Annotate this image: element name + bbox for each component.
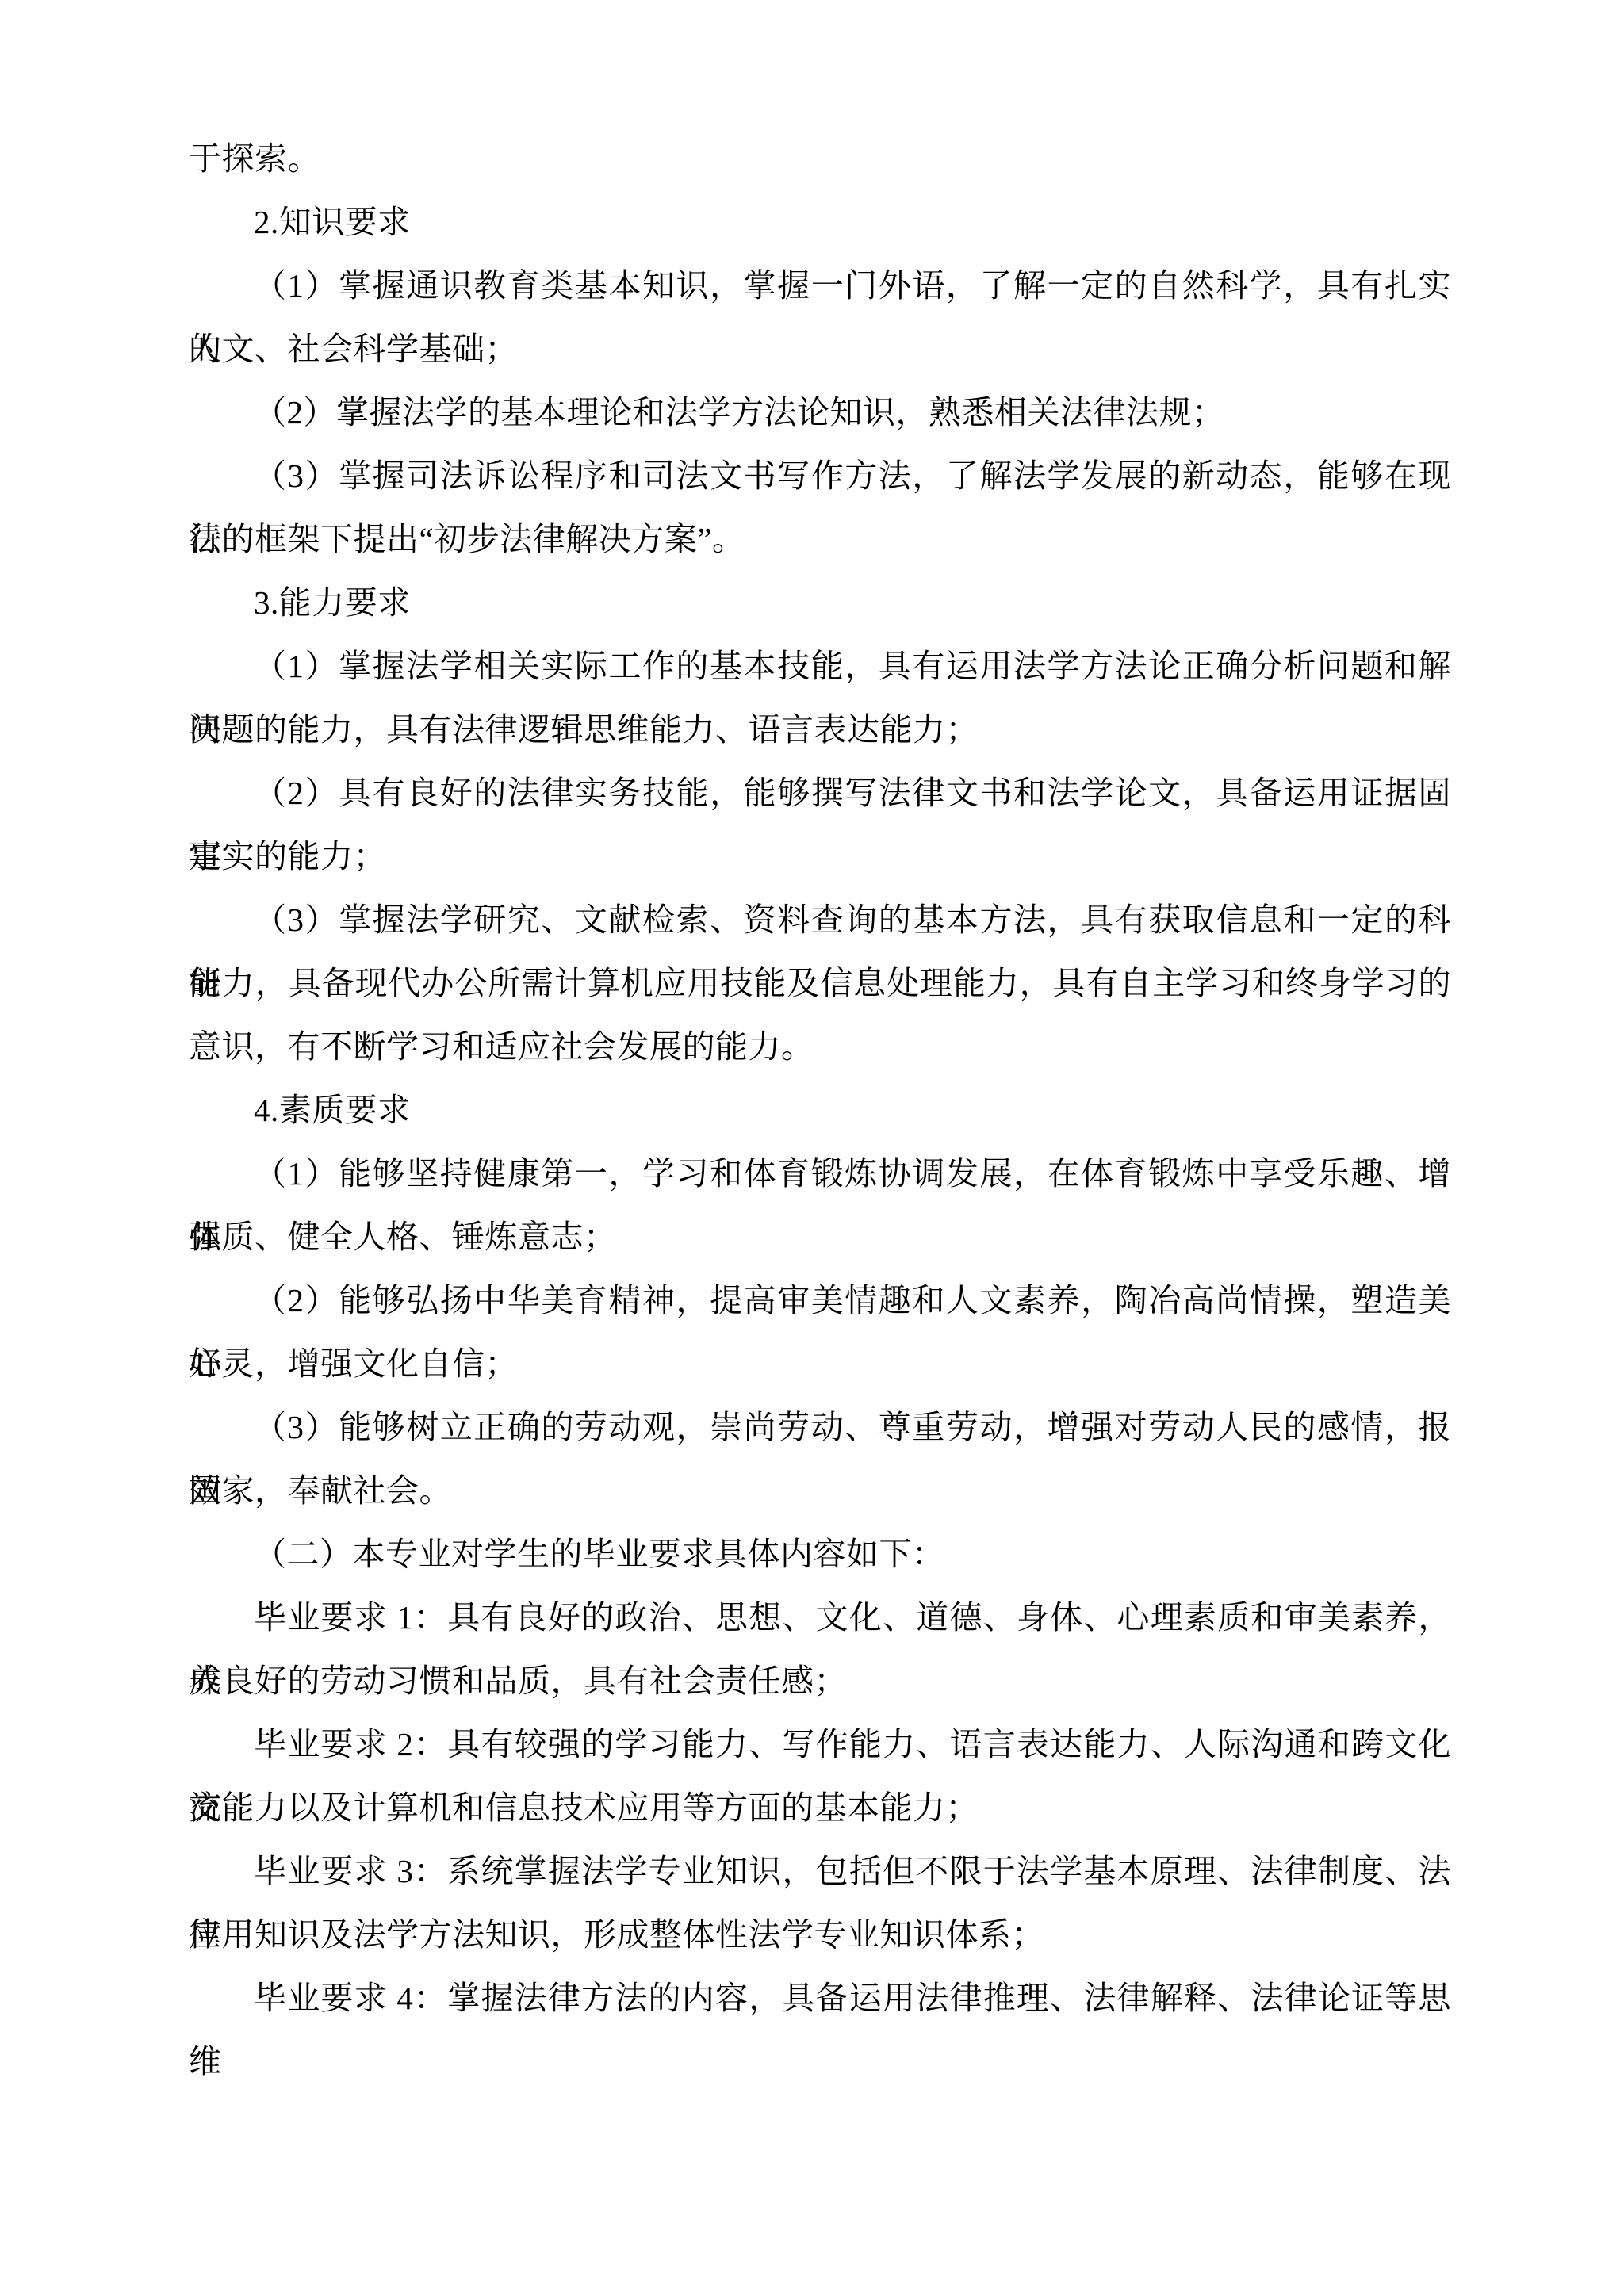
text-line: 意识，有不断学习和适应社会发展的能力。 xyxy=(189,1015,1451,1078)
text-line: 毕业要求 1：具有良好的政治、思想、文化、道德、身体、心理素质和审美素养，养 xyxy=(189,1586,1451,1649)
text-line: （3）掌握法学研究、文献检索、资料查询的基本方法，具有获取信息和一定的科研 xyxy=(189,888,1451,951)
document-page: 于探索。2.知识要求（1）掌握通识教育类基本知识，掌握一门外语，了解一定的自然科… xyxy=(0,0,1624,2296)
text-line: （1）能够坚持健康第一，学习和体育锻炼协调发展，在体育锻炼中享受乐趣、增强 xyxy=(189,1142,1451,1205)
section-heading-line: 2.知识要求 xyxy=(189,190,1451,254)
text-line: （3）掌握司法诉讼程序和司法文书写作方法，了解法学发展的新动态，能够在现行 xyxy=(189,444,1451,507)
text-line: 心灵，增强文化自信； xyxy=(189,1332,1451,1395)
text-line: （1）掌握通识教育类基本知识，掌握一门外语，了解一定的自然科学，具有扎实的 xyxy=(189,254,1451,317)
text-line: （1）掌握法学相关实际工作的基本技能，具有运用法学方法论正确分析问题和解决 xyxy=(189,634,1451,698)
text-line: 应用知识及法学方法知识，形成整体性法学专业知识体系； xyxy=(189,1903,1451,1966)
text-line: 问题的能力，具有法律逻辑思维能力、语言表达能力； xyxy=(189,698,1451,761)
text-line: 毕业要求 3：系统掌握法学专业知识，包括但不限于法学基本原理、法律制度、法律 xyxy=(189,1839,1451,1903)
text-line: （2）具有良好的法律实务技能，能够撰写法律文书和法学论文，具备运用证据固定 xyxy=(189,761,1451,825)
text-line: 成良好的劳动习惯和品质，具有社会责任感； xyxy=(189,1649,1451,1712)
text-line: 毕业要求 4：掌握法律方法的内容，具备运用法律推理、法律解释、法律论证等思维 xyxy=(189,1966,1451,2030)
section-heading-line: 4.素质要求 xyxy=(189,1078,1451,1142)
text-line: 国家，奉献社会。 xyxy=(189,1459,1451,1522)
text-line: （二）本专业对学生的毕业要求具体内容如下： xyxy=(189,1522,1451,1586)
text-line: 事实的能力； xyxy=(189,825,1451,888)
text-line: 能力，具备现代办公所需计算机应用技能及信息处理能力，具有自主学习和终身学习的 xyxy=(189,951,1451,1015)
text-line: 毕业要求 2：具有较强的学习能力、写作能力、语言表达能力、人际沟通和跨文化交 xyxy=(189,1712,1451,1776)
text-line: 于探索。 xyxy=(189,127,1451,190)
document-text-block: 于探索。2.知识要求（1）掌握通识教育类基本知识，掌握一门外语，了解一定的自然科… xyxy=(189,127,1451,2030)
text-line: （2）掌握法学的基本理论和法学方法论知识，熟悉相关法律法规； xyxy=(189,381,1451,444)
text-line: 体质、健全人格、锤炼意志； xyxy=(189,1205,1451,1269)
text-line: 人文、社会科学基础； xyxy=(189,317,1451,381)
text-line: （3）能够树立正确的劳动观，崇尚劳动、尊重劳动，增强对劳动人民的感情，报效 xyxy=(189,1395,1451,1459)
text-line: 流能力以及计算机和信息技术应用等方面的基本能力； xyxy=(189,1776,1451,1839)
text-line: 法的框架下提出“初步法律解决方案”。 xyxy=(189,507,1451,571)
text-line: （2）能够弘扬中华美育精神，提高审美情趣和人文素养，陶冶高尚情操，塑造美好 xyxy=(189,1269,1451,1332)
section-heading-line: 3.能力要求 xyxy=(189,571,1451,634)
